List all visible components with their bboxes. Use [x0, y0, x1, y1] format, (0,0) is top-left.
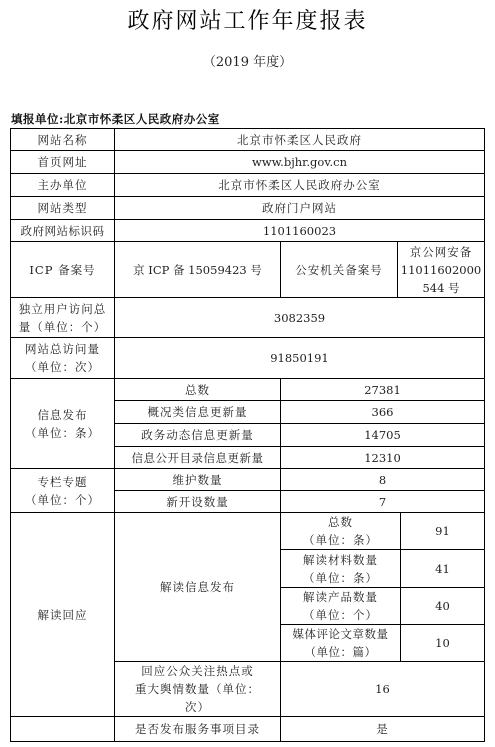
interpretation-products-label: 解读产品数量 （单位：个） [280, 587, 401, 625]
columns-label: 专栏专题 （单位：个） [10, 468, 115, 513]
police-record-value: 京公网安备 11011602000 544 号 [397, 241, 485, 298]
service-directory-label: 是否发布服务事项目录 [114, 716, 281, 742]
icp-value: 京 ICP 备 15059423 号 [114, 241, 281, 298]
filling-unit: 填报单位:北京市怀柔区人民政府办公室 [11, 111, 220, 127]
icp-label: ICP 备案号 [10, 241, 115, 298]
total-visits-label: 网站总访问量 （单位：次） [10, 337, 115, 379]
columns-maintained-label: 维护数量 [114, 468, 281, 491]
public-response-value: 16 [280, 661, 485, 717]
site-name-label: 网站名称 [10, 128, 115, 151]
interpretation-label: 解读回应 [10, 512, 115, 717]
total-visits-value: 91850191 [114, 337, 485, 379]
interpretation-materials-label: 解读材料数量 （单位：条） [280, 549, 401, 588]
interpretation-products-value: 40 [400, 587, 485, 625]
homepage-value: www.bjhr.gov.cn [114, 150, 485, 174]
info-release-total-label: 总数 [114, 378, 281, 401]
interpretation-media-label: 媒体评论文章数量 （单位：篇） [280, 624, 401, 662]
interpretation-total-value: 91 [400, 512, 485, 550]
site-id-label: 政府网站标识码 [10, 219, 115, 242]
interpretation-materials-value: 41 [400, 549, 485, 588]
info-release-news-label: 政务动态信息更新量 [114, 423, 281, 447]
interpretation-release-label: 解读信息发布 [114, 512, 281, 662]
columns-new-label: 新开设数量 [114, 490, 281, 513]
unique-visitors-label: 独立用户访问总 量（单位：个） [10, 297, 115, 338]
interpretation-media-value: 10 [400, 624, 485, 662]
service-directory-blank [10, 716, 115, 742]
info-release-disclosure-value: 12310 [280, 446, 485, 469]
unique-visitors-value: 3082359 [114, 297, 485, 338]
report-title: 政府网站工作年度报表 [0, 4, 495, 35]
host-unit-value: 北京市怀柔区人民政府办公室 [114, 173, 485, 197]
columns-maintained-value: 8 [280, 468, 485, 491]
host-unit-label: 主办单位 [10, 173, 115, 197]
site-id-value: 1101160023 [114, 219, 485, 242]
columns-new-value: 7 [280, 490, 485, 513]
info-release-overview-value: 366 [280, 400, 485, 424]
public-response-label: 回应公众关注热点或 重大舆情数量（单位： 次） [114, 661, 281, 717]
site-type-value: 政府门户网站 [114, 196, 485, 220]
report-year: （2019 年度） [0, 51, 495, 70]
info-release-label: 信息发布 （单位：条） [10, 378, 115, 469]
interpretation-total-label: 总数 （单位：条） [280, 512, 401, 550]
service-directory-value: 是 [280, 716, 485, 742]
info-release-disclosure-label: 信息公开目录信息更新量 [114, 446, 281, 469]
site-type-label: 网站类型 [10, 196, 115, 220]
homepage-label: 首页网址 [10, 150, 115, 174]
info-release-news-value: 14705 [280, 423, 485, 447]
police-record-label: 公安机关备案号 [280, 241, 398, 298]
info-release-total-value: 27381 [280, 378, 485, 401]
site-name-value: 北京市怀柔区人民政府 [114, 128, 485, 151]
info-release-overview-label: 概况类信息更新量 [114, 400, 281, 424]
